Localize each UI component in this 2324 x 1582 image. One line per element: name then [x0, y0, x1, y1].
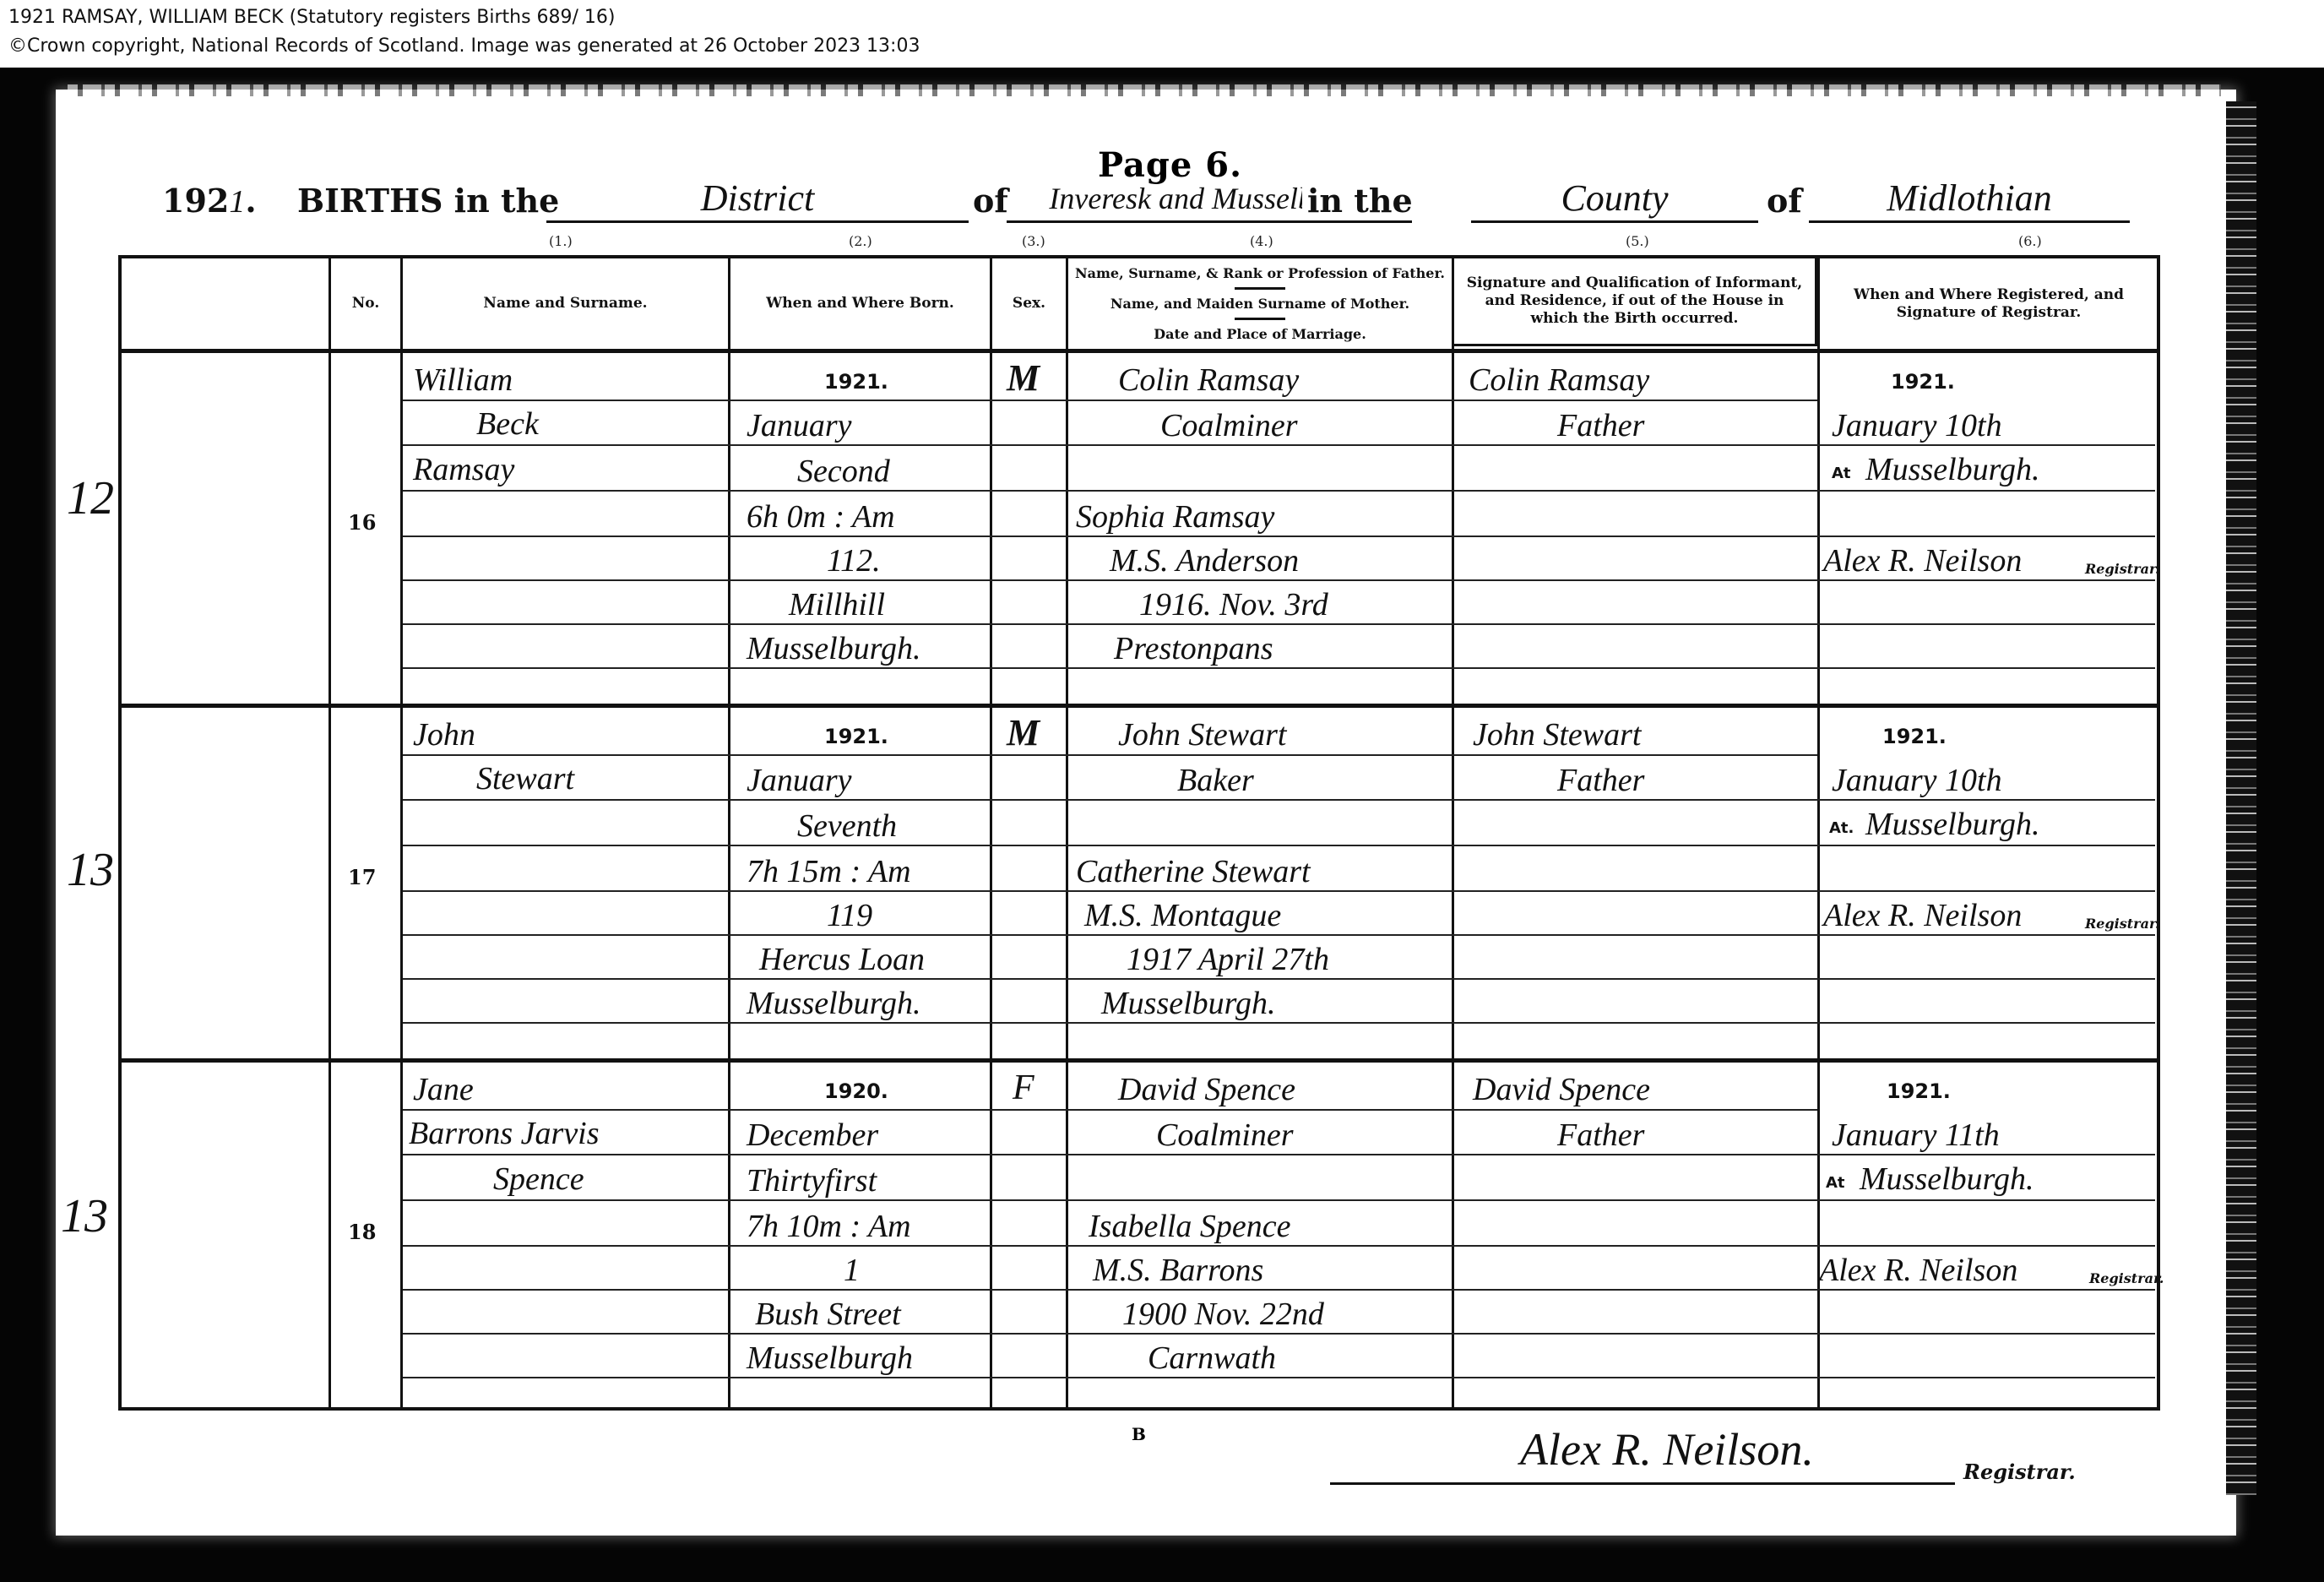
column-header-row: No. Name and Surname. When and Where Bor…: [122, 258, 2157, 353]
birth-year: 1920.: [824, 1079, 888, 1103]
informant-name: John Stewart: [1473, 718, 1641, 752]
mother-maiden-surname: M.S. Barrons: [1093, 1253, 1263, 1287]
scan-edge-right: [2253, 68, 2324, 1582]
ruled-line: [403, 400, 1817, 401]
sex: M: [1007, 362, 1040, 395]
footer-registrar-label: Registrar.: [1963, 1460, 2076, 1484]
mother-name: Sophia Ramsay: [1076, 500, 1274, 534]
marriage-place: Carnwath: [1148, 1341, 1276, 1375]
ruled-line: [403, 535, 2155, 537]
registration-date: January 10th: [1832, 409, 2002, 443]
subnumber-2: (2.): [849, 233, 872, 249]
header-parents: Name, Surname, & Rank or Profession of F…: [1068, 258, 1452, 349]
ruled-line: [403, 799, 2155, 801]
register-entry: 13 18 Jane Barrons Jarvis Spence 1920. D…: [122, 1063, 2157, 1411]
child-middle-name: Beck: [476, 407, 539, 441]
marriage-place: Prestonpans: [1114, 632, 1273, 666]
birth-time: 7h 15m : Am: [747, 855, 911, 889]
birth-year: 1921.: [824, 725, 888, 748]
title-in-the: in the: [1302, 182, 1418, 220]
birth-time: 6h 0m : Am: [747, 500, 895, 534]
birth-month: December: [747, 1118, 878, 1152]
sex: F: [1013, 1071, 1034, 1105]
mother-maiden-surname: M.S. Anderson: [1110, 544, 1299, 578]
register-title: 1921. BIRTHS in the District of Inveresk…: [162, 182, 2104, 232]
register-entry: 13 17 John Stewart 1921. January Seventh…: [122, 708, 2157, 1063]
ruled-line: [403, 490, 2155, 492]
marriage-place: Musselburgh.: [1101, 987, 1276, 1020]
birth-day: Second: [797, 454, 890, 488]
ruled-line: [403, 1245, 2155, 1247]
ruled-line: [403, 623, 2155, 625]
title-county-type: County: [1471, 182, 1758, 223]
birth-month: January: [747, 409, 852, 443]
informant-qualification: Father: [1557, 409, 1644, 443]
registrar-signature: Alex R. Neilson: [1823, 544, 2022, 578]
subnumber-4: (4.): [1250, 233, 1273, 249]
father-name: David Spence: [1118, 1073, 1295, 1106]
registrar-label: Registrar.: [2085, 916, 2159, 932]
page-binding-edge: [2226, 101, 2256, 1495]
registrar-signature: Alex R. Neilson: [1823, 899, 2022, 932]
father-occupation: Coalminer: [1156, 1118, 1294, 1152]
father-name: Colin Ramsay: [1118, 363, 1299, 397]
entry-number: 18: [348, 1220, 376, 1244]
subnumber-3: (3.): [1022, 233, 1045, 249]
registration-place: Musselburgh.: [1865, 453, 2040, 487]
header-when-where-born: When and Where Born.: [730, 258, 990, 349]
entry-number: 17: [348, 865, 376, 889]
header-parents-father: Name, Surname, & Rank or Profession of F…: [1075, 264, 1445, 282]
signature-line: [1330, 1482, 1955, 1485]
marriage-date: 1900 Nov. 22nd: [1122, 1297, 1324, 1331]
ruled-line: [403, 845, 2155, 846]
margin-note: 13: [61, 1189, 108, 1243]
registration-year: 1921.: [1882, 725, 1947, 748]
title-year: 1921.: [162, 182, 257, 220]
birth-town: Musselburgh: [747, 1341, 913, 1375]
informant-qualification: Father: [1557, 764, 1644, 797]
mother-name: Isabella Spence: [1089, 1210, 1291, 1243]
registration-at-label: At: [1832, 465, 1851, 482]
registration-year: 1921.: [1887, 1079, 1951, 1103]
father-occupation: Baker: [1177, 764, 1254, 797]
child-first-name: Jane: [413, 1073, 474, 1106]
title-county-name: Midlothian: [1809, 182, 2130, 223]
registrar-label: Registrar.: [2085, 561, 2159, 577]
mother-maiden-surname: M.S. Montague: [1084, 899, 1281, 932]
registration-at-label: At.: [1829, 819, 1854, 837]
title-of-1: of: [973, 182, 1008, 220]
copyright-line: ©Crown copyright, National Records of Sc…: [8, 32, 2316, 61]
register-entry: 12 16 William Beck Ramsay 1921. January …: [122, 353, 2157, 708]
child-surname: Spence: [493, 1162, 584, 1196]
child-first-name: John: [413, 718, 475, 752]
marriage-date: 1916. Nov. 3rd: [1139, 588, 1328, 622]
informant-qualification: Father: [1557, 1118, 1644, 1152]
ruled-line: [403, 1022, 2155, 1024]
title-of-2: of: [1767, 182, 1802, 220]
subnumber-5: (5.): [1626, 233, 1649, 249]
birth-town: Musselburgh.: [747, 632, 921, 666]
image-caption: 1921 RAMSAY, WILLIAM BECK (Statutory reg…: [0, 0, 2324, 68]
mother-name: Catherine Stewart: [1076, 855, 1311, 889]
ruled-line: [403, 579, 2155, 581]
informant-name: Colin Ramsay: [1469, 363, 1649, 397]
birth-town: Musselburgh.: [747, 987, 921, 1020]
header-registered: When and Where Registered, and Signature…: [1820, 258, 2158, 349]
registration-date: January 10th: [1832, 764, 2002, 797]
birth-house-number: 1: [844, 1253, 860, 1287]
ruled-line: [403, 934, 2155, 936]
ruled-line: [403, 890, 2155, 892]
child-middle-names: Barrons Jarvis: [409, 1117, 600, 1150]
registration-year: 1921.: [1891, 370, 1955, 394]
header-sex: Sex.: [992, 258, 1066, 349]
page-letter: B: [1132, 1424, 1146, 1444]
birth-house-number: 119: [827, 899, 872, 932]
ruled-line: [403, 444, 2155, 446]
birth-street: Hercus Loan: [759, 943, 925, 976]
header-parents-mother: Name, and Maiden Surname of Mother.: [1110, 295, 1409, 313]
ruled-line: [403, 978, 2155, 980]
header-divider-dash: [1235, 287, 1285, 290]
margin-note: 12: [67, 471, 114, 525]
child-first-name: William: [413, 363, 513, 397]
ruled-line: [403, 1199, 2155, 1201]
father-name: John Stewart: [1118, 718, 1286, 752]
record-title: 1921 RAMSAY, WILLIAM BECK (Statutory reg…: [8, 3, 2316, 32]
birth-month: January: [747, 764, 852, 797]
footer-registrar-signature: Alex R. Neilson.: [1520, 1423, 1814, 1476]
birth-day: Thirtyfirst: [747, 1164, 877, 1198]
child-surname: Ramsay: [413, 453, 514, 487]
child-surname: Stewart: [476, 762, 574, 796]
header-divider-dash: [1235, 318, 1285, 320]
informant-name: David Spence: [1473, 1073, 1650, 1106]
ruled-line: [403, 1377, 2155, 1378]
registrar-label: Registrar.: [2089, 1270, 2164, 1286]
birth-house-number: 112.: [827, 544, 881, 578]
sex: M: [1007, 716, 1040, 750]
registration-place: Musselburgh.: [1865, 807, 2040, 841]
ruled-line: [403, 754, 1817, 756]
page-number: Page 6.: [1098, 145, 1242, 185]
ruled-line: [403, 1109, 1817, 1111]
birth-street: Millhill: [789, 588, 885, 622]
subnumber-1: (1.): [549, 233, 573, 249]
registrar-signature: Alex R. Neilson: [1819, 1253, 2017, 1287]
births-register-table: No. Name and Surname. When and Where Bor…: [118, 255, 2160, 1411]
birth-street: Bush Street: [755, 1297, 901, 1331]
ruled-line: [403, 1289, 2155, 1291]
subnumber-6: (6.): [2018, 233, 2042, 249]
title-district-type: District: [546, 182, 969, 223]
title-births-in-the: BIRTHS in the: [297, 182, 559, 220]
header-no: No.: [331, 258, 400, 349]
father-occupation: Coalminer: [1160, 409, 1298, 443]
registration-date: January 11th: [1832, 1118, 2000, 1152]
margin-note: 13: [67, 843, 114, 897]
birth-day: Seventh: [797, 809, 897, 843]
ruled-line: [403, 667, 2155, 669]
birth-time: 7h 10m : Am: [747, 1210, 911, 1243]
header-parents-marriage: Date and Place of Marriage.: [1154, 325, 1366, 343]
header-name: Name and Surname.: [403, 258, 728, 349]
marriage-date: 1917 April 27th: [1127, 943, 1329, 976]
header-informant: Signature and Qualification of Informant…: [1454, 258, 1817, 346]
ruled-line: [403, 1154, 2155, 1155]
registration-place: Musselburgh.: [1860, 1162, 2034, 1196]
page-edge-top: [68, 84, 2221, 96]
registration-at-label: At: [1826, 1174, 1845, 1192]
ruled-line: [403, 1333, 2155, 1335]
birth-year: 1921.: [824, 370, 888, 394]
entry-number: 16: [348, 510, 376, 535]
